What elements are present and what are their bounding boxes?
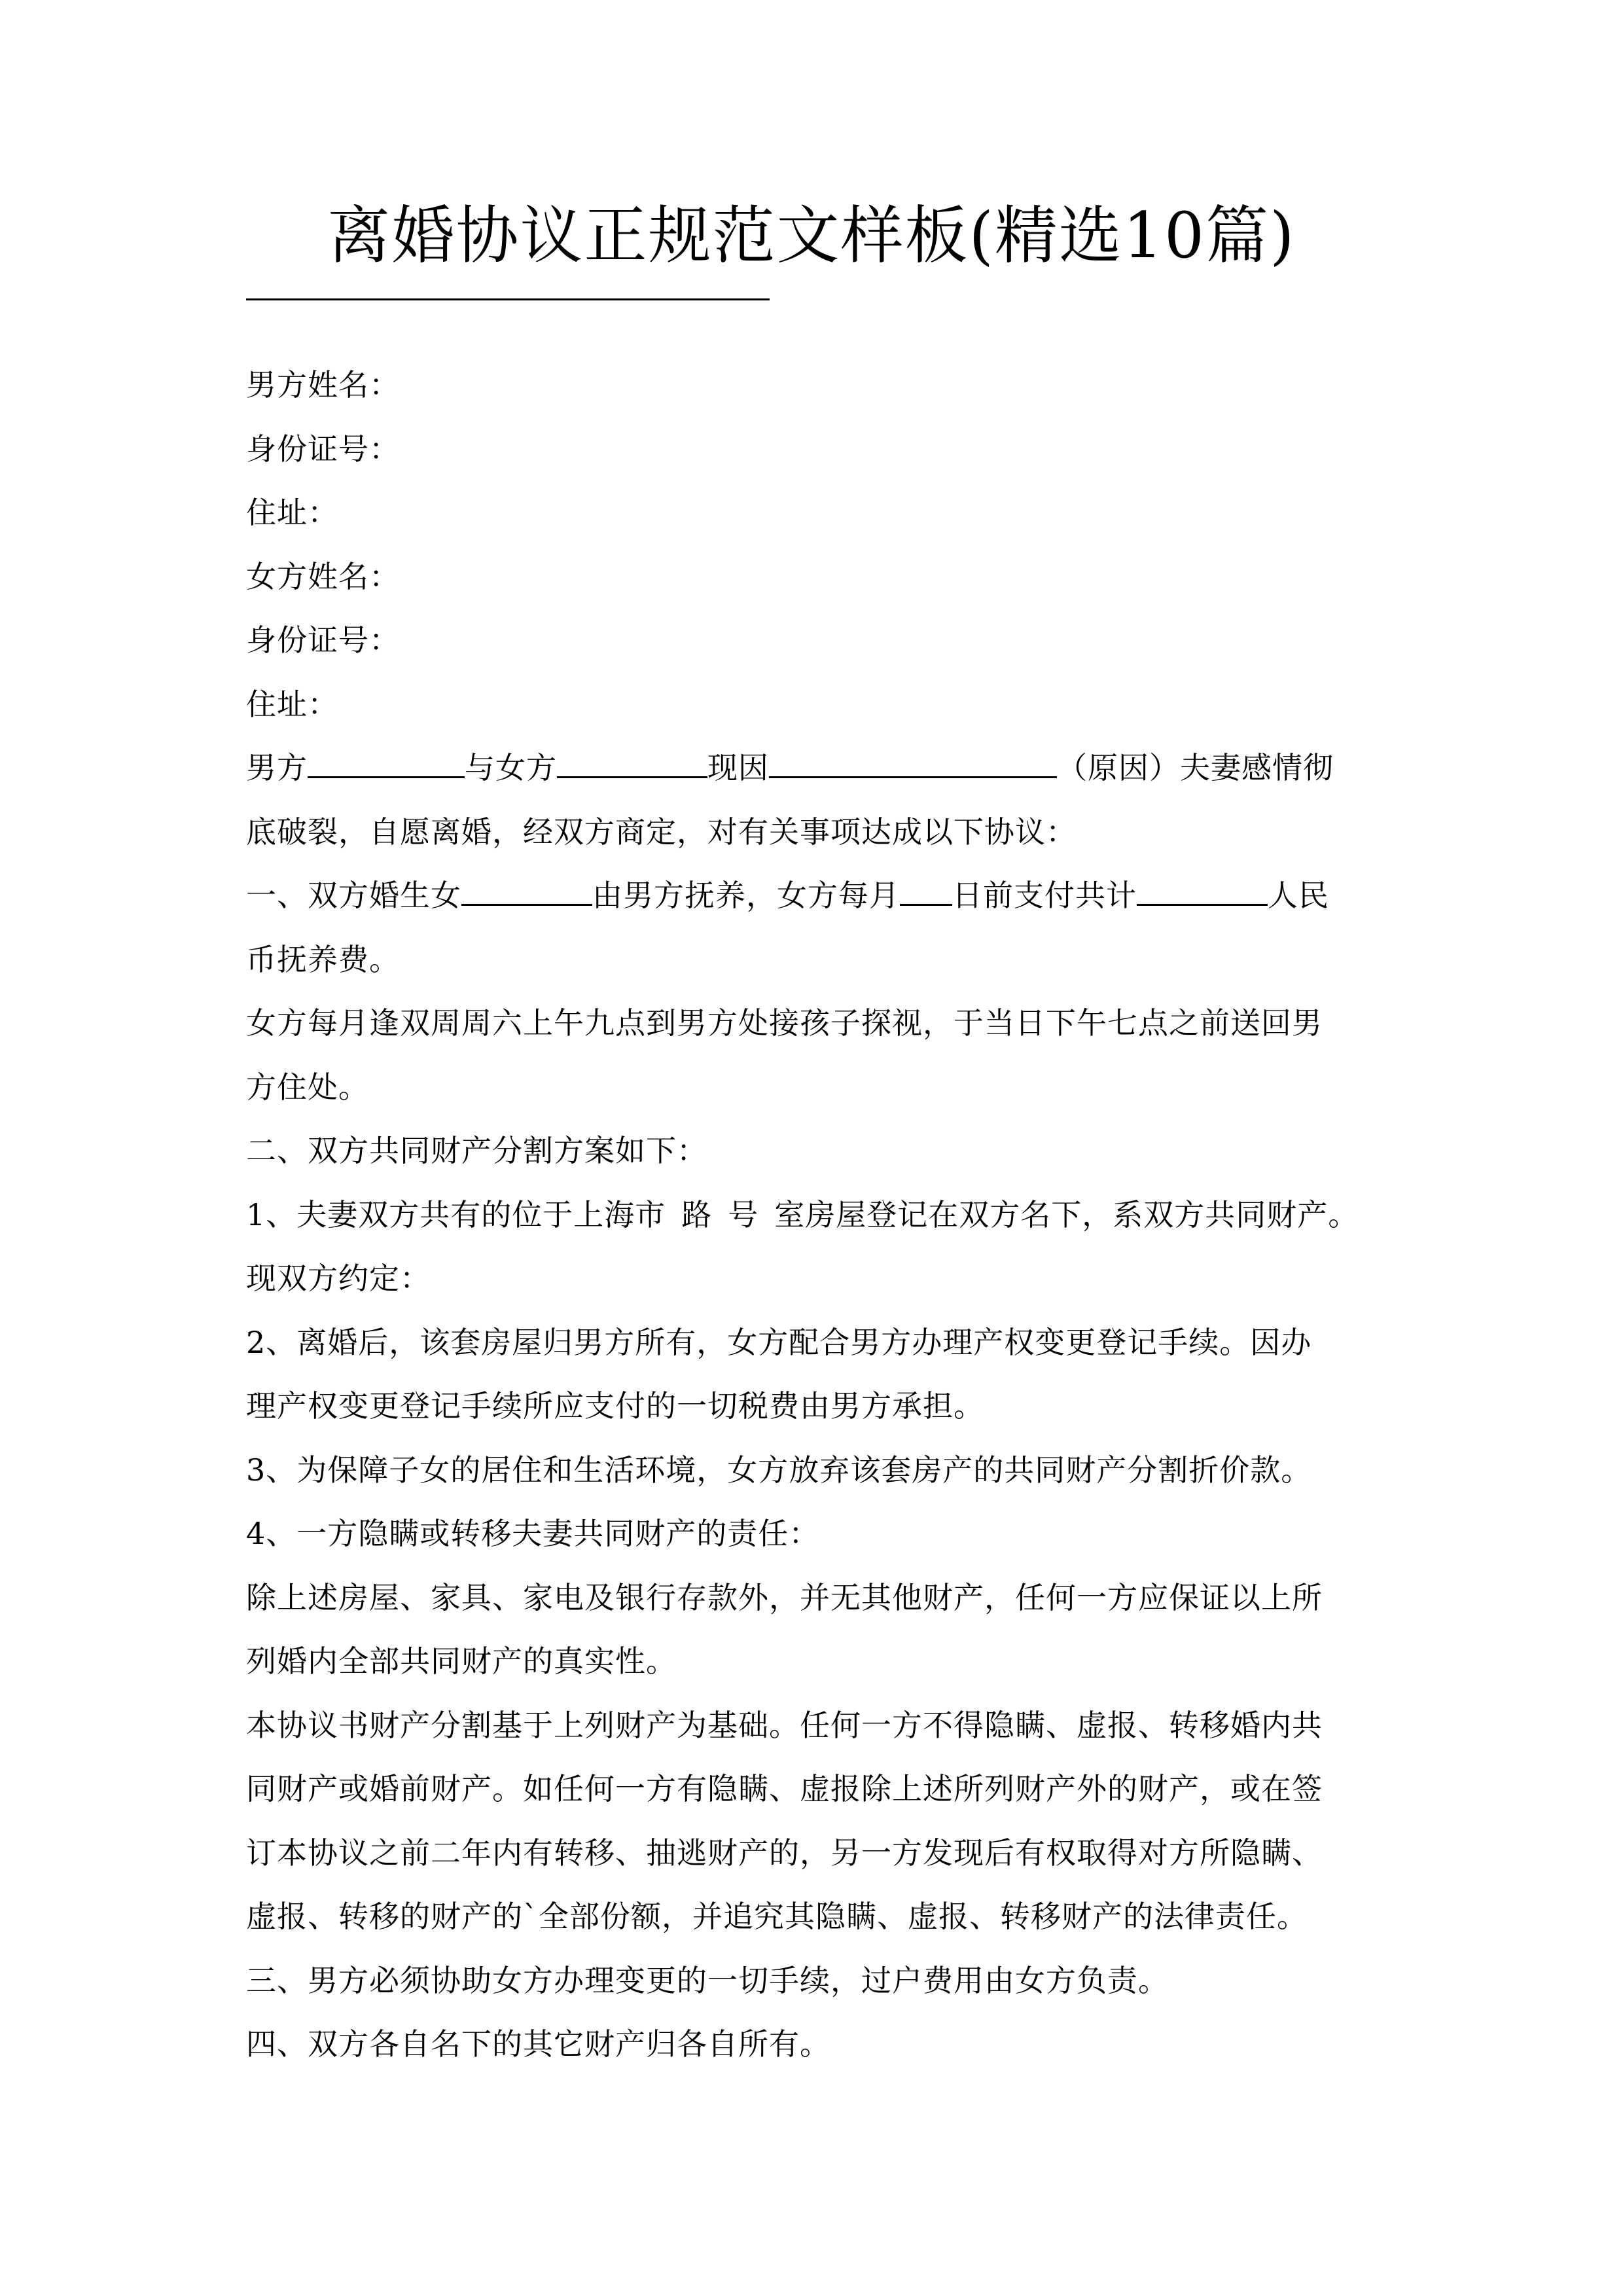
clause-4: 四、双方各自名下的其它财产归各自所有。 <box>246 2013 1398 2077</box>
clause-2-heading: 二、双方共同财产分割方案如下： <box>246 1119 1398 1183</box>
clause-text: 人民 <box>1268 878 1329 913</box>
basis-line-4: 虚报、转移的财产的`全部份额，并追究其隐瞒、虚报、转移财产的法律责任。 <box>246 1885 1398 1949</box>
clause-1-line-2: 币抚养费。 <box>246 928 1398 992</box>
clause-2-item-2-line-1: 2、离婚后，该套房屋归男方所有，女方配合男方办理产权变更登记手续。因办 <box>246 1311 1398 1375</box>
woman-name-blank <box>557 750 707 778</box>
clause-2-item-2-line-2: 理产权变更登记手续所应支付的一切税费由男方承担。 <box>246 1374 1398 1439</box>
reason-blank <box>769 750 1057 778</box>
payment-day-blank <box>900 878 952 906</box>
daughter-name-blank <box>461 878 592 906</box>
clause-text: 由男方抚养，女方每月 <box>592 878 900 913</box>
intro-text: 与女方 <box>465 750 557 785</box>
basis-line-1: 本协议书财产分割基于上列财产为基础。任何一方不得隐瞒、虚报、转移婚内共 <box>246 1694 1398 1758</box>
clause-text: 路 <box>681 1197 712 1232</box>
man-id-field: 身份证号： <box>246 418 1398 482</box>
clause-text: 日前支付共计 <box>952 878 1137 913</box>
basis-line-3: 订本协议之前二年内有转移、抽逃财产的，另一方发现后有权取得对方所隐瞒、 <box>246 1821 1398 1886</box>
clause-2-item-4-heading: 4、一方隐瞒或转移夫妻共同财产的责任： <box>246 1502 1398 1566</box>
clause-2-item-4-line-1: 除上述房屋、家具、家电及银行存款外，并无其他财产，任何一方应保证以上所 <box>246 1566 1398 1630</box>
clause-text: 1、夫妻双方共有的位于上海市 <box>246 1197 666 1232</box>
clause-text: 号 <box>728 1197 758 1232</box>
document-page: 离婚协议正规范文样板(精选10篇) 男方姓名： 身份证号： 住址： 女方姓名： … <box>0 0 1623 2296</box>
title-divider <box>246 298 770 300</box>
document-title: 离婚协议正规范文样板(精选10篇) <box>0 196 1623 275</box>
basis-line-2: 同财产或婚前财产。如任何一方有隐瞒、虚报除上述所列财产外的财产，或在签 <box>246 1757 1398 1821</box>
woman-id-field: 身份证号： <box>246 609 1398 673</box>
man-address-field: 住址： <box>246 481 1398 545</box>
clause-2-item-1-line-2: 现双方约定： <box>246 1247 1398 1311</box>
payment-amount-blank <box>1137 878 1268 906</box>
clause-2-item-4-line-2: 列婚内全部共同财产的真实性。 <box>246 1630 1398 1694</box>
intro-text: 男方 <box>246 750 308 785</box>
man-name-field: 男方姓名： <box>246 353 1398 418</box>
document-body: 男方姓名： 身份证号： 住址： 女方姓名： 身份证号： 住址： 男方与女方现因（… <box>246 353 1398 2077</box>
clause-1-line-1: 一、双方婚生女由男方抚养，女方每月日前支付共计人民 <box>246 864 1398 928</box>
intro-line-2: 底破裂，自愿离婚，经双方商定，对有关事项达成以下协议： <box>246 800 1398 865</box>
woman-name-field: 女方姓名： <box>246 545 1398 609</box>
clause-2-item-3: 3、为保障子女的居住和生活环境，女方放弃该套房产的共同财产分割折价款。 <box>246 1439 1398 1503</box>
visitation-line-2: 方住处。 <box>246 1056 1398 1120</box>
man-name-blank <box>308 750 465 778</box>
intro-text: （原因）夫妻感情彻 <box>1057 750 1334 785</box>
intro-line-1: 男方与女方现因（原因）夫妻感情彻 <box>246 736 1398 800</box>
visitation-line-1: 女方每月逢双周周六上午九点到男方处接孩子探视，于当日下午七点之前送回男 <box>246 992 1398 1056</box>
clause-text: 室房屋登记在双方名下，系双方共同财产。 <box>774 1197 1359 1232</box>
clause-2-item-1: 1、夫妻双方共有的位于上海市路号室房屋登记在双方名下，系双方共同财产。 <box>246 1183 1398 1247</box>
woman-address-field: 住址： <box>246 673 1398 737</box>
clause-text: 一、双方婚生女 <box>246 878 461 913</box>
clause-3: 三、男方必须协助女方办理变更的一切手续，过户费用由女方负责。 <box>246 1949 1398 2013</box>
intro-text: 现因 <box>707 750 769 785</box>
